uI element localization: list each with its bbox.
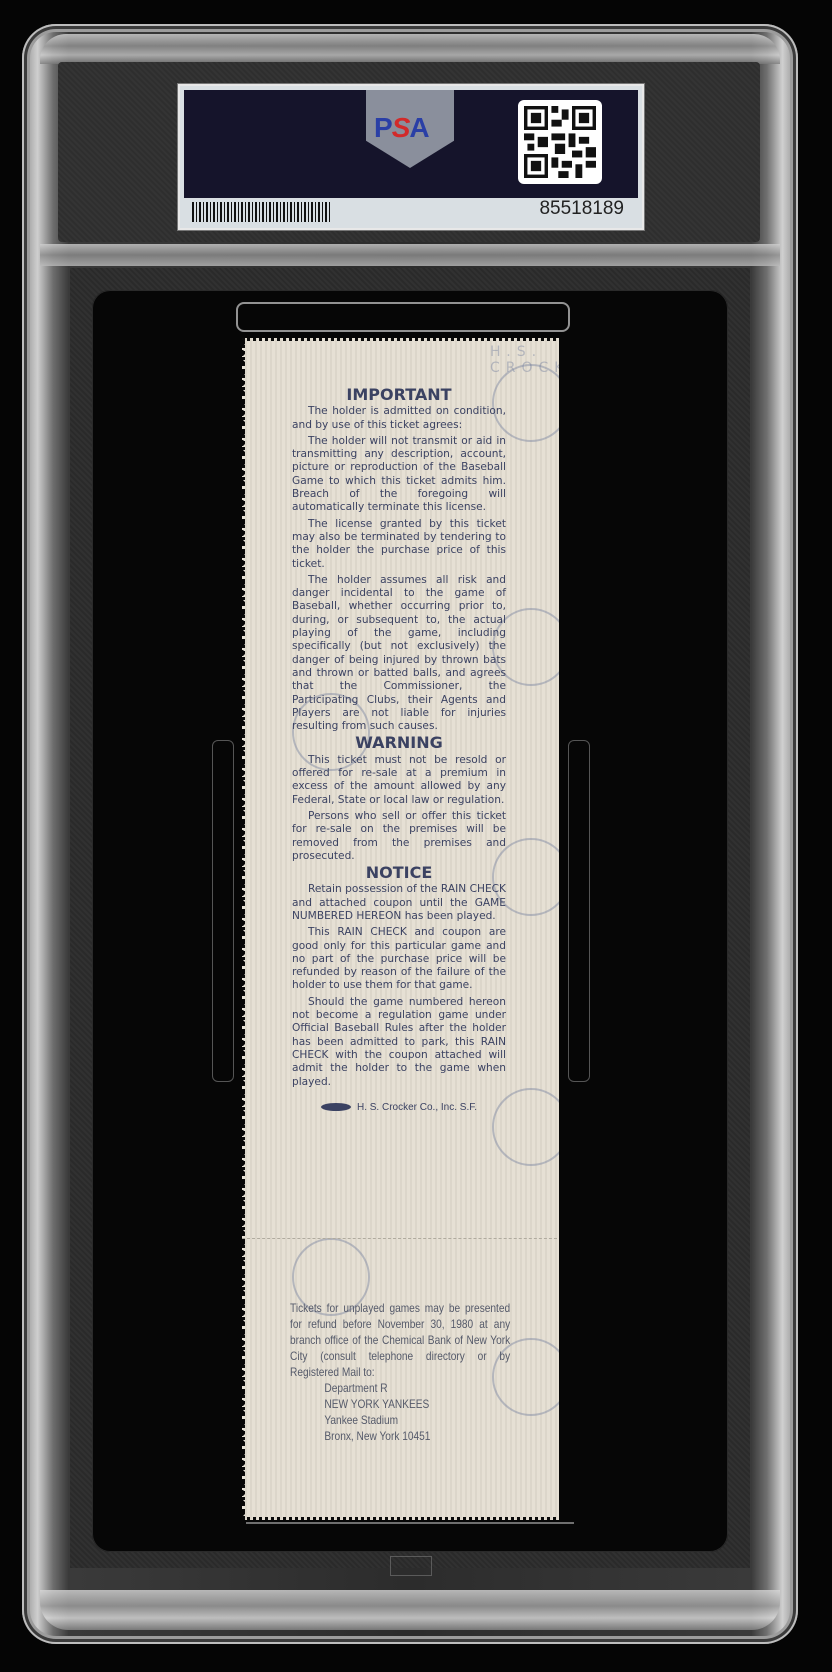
case-top-rim — [40, 34, 780, 64]
paragraph: The license granted by this ticket may a… — [292, 518, 506, 571]
qr-code-icon[interactable] — [518, 100, 602, 184]
certification-number: 85518189 — [539, 198, 624, 220]
bottom-slot — [246, 1522, 574, 1534]
perforation-line — [242, 1238, 562, 1239]
left-rail — [212, 740, 234, 1082]
printer-credit: H. S. Crocker Co., Inc. S.F. — [292, 1101, 506, 1114]
paragraph: The holder assumes all risk and danger i… — [292, 574, 506, 734]
paragraph: The holder is admitted on condition, and… — [292, 405, 506, 432]
top-slot — [236, 302, 570, 332]
paragraph: Retain possession of the RAIN CHECK and … — [292, 883, 506, 923]
ticket-terms: IMPORTANT The holder is admitted on cond… — [292, 386, 506, 1114]
barcode-icon — [192, 202, 330, 222]
address-line: Yankee Stadium — [324, 1412, 510, 1428]
paragraph: This ticket must not be resold or offere… — [292, 754, 506, 807]
refund-notice: Tickets for unplayed games may be presen… — [290, 1300, 479, 1444]
printer-name: H. S. Crocker Co., Inc. S.F. — [357, 1102, 477, 1113]
label-hologram-area: PSA — [184, 90, 638, 198]
paragraph: Should the game numbered hereon not beco… — [292, 996, 506, 1089]
paragraph: Persons who sell or offer this ticket fo… — [292, 810, 506, 863]
psa-label: PSA 85518189 — [178, 84, 644, 230]
case-clip — [390, 1556, 432, 1576]
section-heading-notice: NOTICE — [292, 866, 506, 879]
mailing-address: Department R NEW YORK YANKEES Yankee Sta… — [324, 1380, 510, 1444]
right-rail — [568, 740, 590, 1082]
psa-logo-icon: PSA — [374, 112, 429, 144]
printer-logo-icon — [321, 1103, 351, 1111]
address-line: Department R — [324, 1380, 510, 1396]
section-heading-important: IMPORTANT — [292, 388, 506, 401]
paragraph: The holder will not transmit or aid in t… — [292, 435, 506, 515]
address-line: Bronx, New York 10451 — [324, 1428, 510, 1444]
case-divider — [40, 244, 780, 266]
address-line: NEW YORK YANKEES — [324, 1396, 510, 1412]
ticket-back: H.S. CROCKER IMPORTANT The holder is adm… — [242, 338, 562, 1520]
case-bottom-rim — [40, 1590, 780, 1630]
refund-text: Tickets for unplayed games may be presen… — [290, 1300, 510, 1380]
section-heading-warning: WARNING — [292, 736, 506, 749]
paragraph: This RAIN CHECK and coupon are good only… — [292, 926, 506, 992]
